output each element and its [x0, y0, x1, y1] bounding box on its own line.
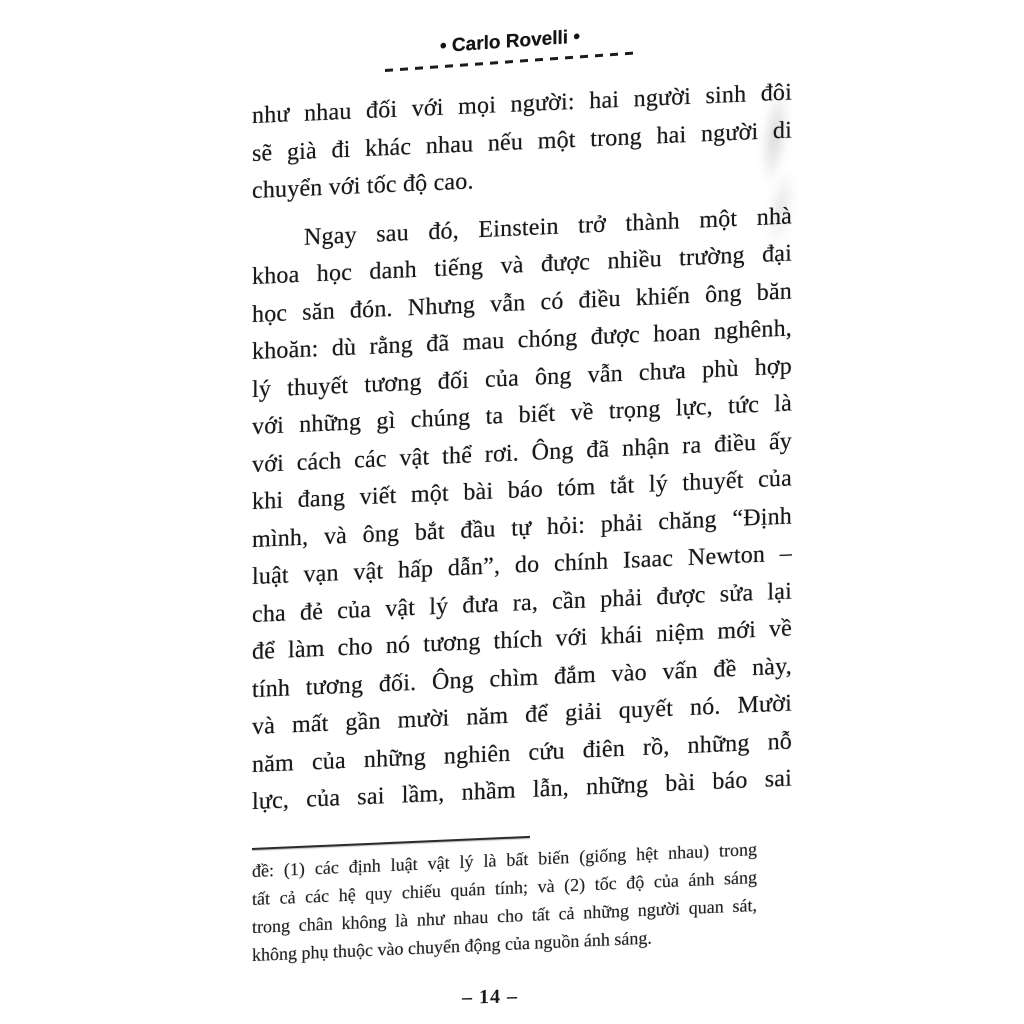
book-page-scan: • Carlo Rovelli • như nhau đối với mọi n… [0, 0, 1024, 1024]
page-header: • Carlo Rovelli • [385, 23, 635, 72]
paragraph: như nhau đối với mọi người: hai người si… [252, 74, 792, 210]
footnote-text: đề: (1) các định luật vật lý là bất biến… [252, 834, 757, 968]
body-text: như nhau đối với mọi người: hai người si… [252, 74, 792, 821]
text-column: như nhau đối với mọi người: hai người si… [252, 74, 792, 968]
paragraph: Ngay sau đó, Einstein trở thành một nhàk… [252, 198, 792, 822]
page-number: – 14 – [380, 984, 600, 1012]
